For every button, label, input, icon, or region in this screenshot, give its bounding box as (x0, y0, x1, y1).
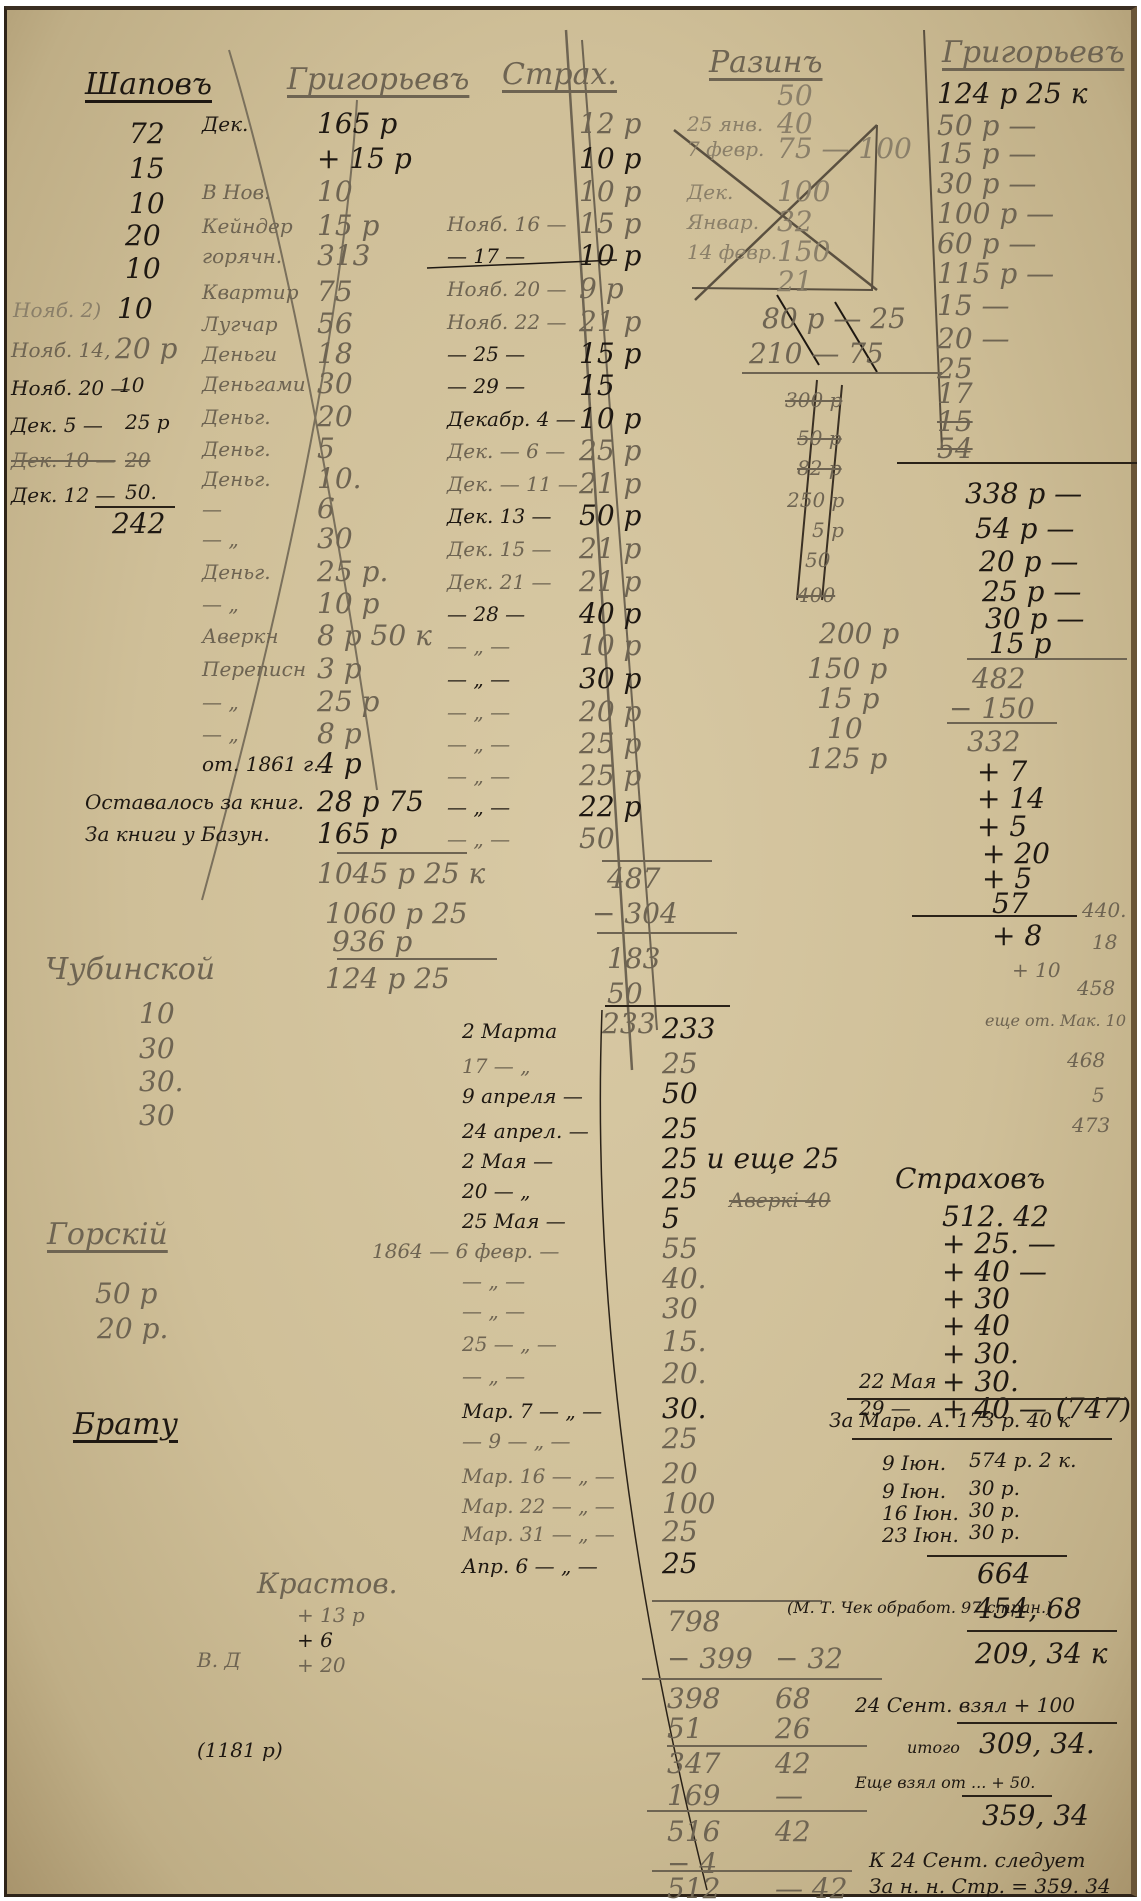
rule-line (642, 1678, 882, 1680)
rule-line (667, 1745, 867, 1747)
grigoriev-row-amount: 4 р (317, 750, 362, 778)
strakhov-1864-date: Мар. 16 — „ — (462, 1466, 615, 1486)
strakhov-row-amount: 21 р (579, 535, 641, 563)
grigoriev-row-amount: 20 (317, 403, 353, 431)
grigoriev-row-label: Аверкн (202, 626, 279, 646)
krastov-initials: В. Д (197, 1650, 241, 1670)
strakhov-row-date: — 28 — (447, 604, 525, 624)
strakhov-calc-value: 233 (602, 1010, 655, 1038)
strakhov-1864-amount: 55 (662, 1235, 698, 1263)
strakhov-1864-date: Мар. 7 — „ — (462, 1401, 602, 1421)
grigoriev-sum: 1045 р 25 к (317, 860, 485, 888)
grigoriev-row-amount: 10 (317, 178, 353, 206)
grigoriev-row-amount: 3 р (317, 655, 362, 683)
grigoriev-right-minus: − 150 (949, 695, 1035, 723)
june-amount: 30 р. (969, 1478, 1020, 1498)
grigoriev-line2: 1060 р 25 (325, 900, 468, 928)
strakhov-1864-amount: 20 (662, 1460, 698, 1488)
razin-crossed-amount: 50 (777, 82, 813, 110)
strakhov-row-date: — „ — (447, 636, 510, 656)
grigoriev-right-side-calc: еще от. Мак. 10 (985, 1013, 1126, 1029)
strakhov-1864-amount: 233 (662, 1015, 715, 1043)
strakhov-1864-amount: 25 (662, 1175, 698, 1203)
strakhov-minus: 454, 68 (975, 1595, 1082, 1623)
grigoriev-right-row: 124 р 25 к (937, 80, 1087, 108)
shapov-date: Дек. 12 — (11, 485, 116, 505)
grigoriev-row-label: Деньг. (202, 469, 271, 489)
grigoriev-right-row: 100 р — (937, 200, 1054, 228)
grigoriev-right-total: 482 (972, 665, 1025, 693)
final-value: 359, 34 (982, 1802, 1089, 1830)
razin-crossed-amount: 75 — 100 (777, 135, 912, 163)
strakhov-1864-amount: 100 (662, 1490, 715, 1518)
strakhov-1864-date: 9 апреля — (462, 1086, 583, 1106)
strakhov-1864-calc-left: 347 (667, 1750, 720, 1778)
grigoriev-header: Григорьевъ (287, 65, 469, 95)
strakhov-row-date: Декабр. 4 — (447, 409, 576, 429)
chubinskiy-value: 30 (139, 1035, 175, 1063)
strakhov-row-amount: 15 (579, 372, 615, 400)
strakhov-1864-date: Апр. 6 — „ — (462, 1556, 598, 1576)
razin-crossed-label: 14 февр. (687, 242, 777, 262)
strakhov-1864-date: 2 Марта (462, 1021, 557, 1041)
shapov-value: 20 (125, 222, 161, 250)
strakhov-1864-calc-left: 398 (667, 1685, 720, 1713)
strakhov-row-amount: 25 р (579, 762, 641, 790)
strakhov-1864-amount: 25 (662, 1425, 698, 1453)
strakhov-1864-calc-right: — 42 (775, 1875, 848, 1901)
itogo-label: итого (907, 1740, 960, 1756)
razin-crossed-label: Январ. (687, 212, 759, 232)
grigoriev-row-label: горячн. (202, 246, 282, 266)
grigoriev-row-amount: 10 р (317, 590, 379, 618)
strakhov-row-amount: 15 р (579, 340, 641, 368)
strakhov-row-date: Дек. 21 — (447, 572, 552, 592)
strakhov-row-date: — 29 — (447, 376, 525, 396)
razin-list-item: 125 р (807, 745, 887, 773)
chubinskiy-value: 30 (139, 1102, 175, 1130)
strakhov-right-amount: + 25. — (942, 1230, 1056, 1258)
shapov-date: Нояб. 2) (13, 300, 101, 320)
rule-line (652, 1870, 852, 1872)
grigoriev-right-subtotal-row: 54 р — (975, 515, 1074, 543)
chubinskiy-value: 30. (139, 1068, 184, 1096)
shapov-value: 15 (129, 155, 165, 183)
june-date: 23 Іюн. (882, 1525, 959, 1545)
rule-line (912, 915, 1077, 917)
strakhov-row-amount: 10 р (579, 242, 641, 270)
footer-note-2: За н. н. Стр. = 359. 34 (869, 1876, 1111, 1896)
strakhov-1864-date: — „ — (462, 1301, 525, 1321)
gorskiy-value: 20 р. (97, 1315, 168, 1343)
razin-crossed-list-item: 300 р (785, 390, 842, 410)
strakhov-row-amount: 15 р (579, 210, 641, 238)
grigoriev-row-amount: 8 р (317, 720, 362, 748)
grigoriev-row-amount: 165 р (317, 820, 397, 848)
strakhov-1864-calc-right: 42 (775, 1818, 811, 1846)
strakhov-1864-date: 1864 — 6 февр. — (372, 1241, 559, 1261)
strakhov-row-date: — „ — (447, 766, 510, 786)
strakhov-row-amount: 25 р (579, 437, 641, 465)
razin-header: Разинъ (709, 48, 823, 78)
strakhov-row-amount: 30 р (579, 665, 641, 693)
razin-row-amount: 80 р — 25 (762, 305, 906, 333)
strakhov-row-date: — „ — (447, 829, 510, 849)
bratu-bracket-total: (1181 р) (197, 1740, 283, 1760)
shapov-amount: 10 (117, 295, 153, 323)
grigoriev-right-header: Григорьевъ (942, 38, 1124, 68)
strakhov-1864-calc-right: — (775, 1782, 803, 1810)
footer-note-1: К 24 Сент. следует (869, 1850, 1085, 1870)
razin-crossed-amount: 21 (777, 268, 813, 296)
strakhov-1864-calc-left: 798 (667, 1608, 720, 1636)
strakhov-row-amount: 25 р (579, 730, 641, 758)
razin-crossed-list-item: 5 р (812, 520, 844, 540)
grigoriev-row-amount: 15 р (317, 212, 379, 240)
rule-line (647, 1810, 867, 1812)
sept-note: 24 Сент. взял + 100 (855, 1695, 1075, 1715)
shapov-amount-struck: 20 (125, 450, 150, 470)
strakhov-row-amount: 50 (579, 825, 615, 853)
shapov-amount: 10 (119, 375, 144, 395)
shapov-amount: 20 р (115, 335, 177, 363)
strakhov-1864-date: 25 Мая — (462, 1211, 566, 1231)
strakhov-1864-date: 20 — „ (462, 1181, 531, 1201)
strakhov-result: 209, 34 к (975, 1640, 1108, 1668)
strakhov-row-amount: 22 р (579, 793, 641, 821)
strakhov-calc-value: 487 (607, 865, 660, 893)
grigoriev-row-label: Деньг. (202, 407, 271, 427)
grigoriev-row-amount: 75 (317, 278, 353, 306)
shapov-header: Шаповъ (85, 70, 212, 100)
strakhov-1864-date: — 9 — „ — (462, 1431, 571, 1451)
grigoriev-right-row: 20 — (937, 325, 1010, 353)
strakhov-row-date: — „ — (447, 669, 510, 689)
grigoriev-row-label: — „ (202, 724, 239, 744)
grigoriev-right-side-calc: 18 (1092, 932, 1117, 952)
grigoriev-row-label: — „ (202, 529, 239, 549)
strakhov-row-amount: 9 р (579, 275, 624, 303)
strakhov-1864-amount: 25 (662, 1550, 698, 1578)
strakhov-1864-calc-left: 51 (667, 1715, 703, 1743)
strakhov-row-date: Дек. — 11 — (447, 474, 578, 494)
strakhov-1864-date: Мар. 22 — „ — (462, 1496, 615, 1516)
razin-crossed-list-item: 250 р (787, 490, 844, 510)
razin-crossed-label: Дек. (687, 182, 733, 202)
grigoriev-row-label: За книги у Базун. (85, 824, 270, 844)
averkiy-note: Аверкі 40 (729, 1190, 831, 1210)
grigoriev-right-subtotal-row: 20 р — (979, 548, 1078, 576)
shapov-date: Нояб. 14, (11, 340, 110, 360)
strakhov-1864-amount: 25 (662, 1518, 698, 1546)
rule-line (605, 1005, 730, 1007)
june-amount: 30 р. (969, 1500, 1020, 1520)
grigoriev-row-amount: 6 (317, 495, 335, 523)
krastov-add: + 13 р (297, 1605, 365, 1625)
grigoriev-right-side-calc: 458 (1077, 978, 1115, 998)
bratu-header: Брату (73, 1410, 178, 1440)
strakhov-right-amount: + 40 (942, 1312, 1010, 1340)
rule-line (337, 958, 497, 960)
rule-line (597, 932, 737, 934)
strakhov-1864-amount: 25 (662, 1050, 698, 1078)
strakhov-row-amount: 10 р (579, 145, 641, 173)
strakhov-row-date: — „ — (447, 734, 510, 754)
krastov-header: Крастов. (257, 1570, 398, 1598)
strakhov-1864-amount: 30 (662, 1295, 698, 1323)
grigoriev-row-label: — „ (202, 594, 239, 614)
shapov-total: 242 (112, 510, 165, 538)
june-amount: 574 р. 2 к. (969, 1450, 1076, 1470)
grigoriev-row-label: Деньги (202, 344, 277, 364)
strakhov-row-date: — 25 — (447, 344, 525, 364)
grigoriev-line3: 936 р (332, 928, 412, 956)
strakhov-row-date: Дек. 15 — (447, 539, 552, 559)
strakhov-row-date: Нояб. 20 — (447, 279, 566, 299)
razin-crossed-label: 7 февр. (687, 139, 764, 159)
grigoriev-row-label: — „ (202, 692, 239, 712)
razin-crossed-list-item: 400 (797, 585, 835, 605)
more-note: Еще взял от ... + 50. (855, 1775, 1035, 1791)
grigoriev-right-after: 332 (967, 728, 1020, 756)
itogo-value: 309, 34. (979, 1730, 1095, 1758)
manuscript-page: Шаповъ 72 15 10 20 10 Нояб. 2) 10 Нояб. … (4, 6, 1137, 1897)
grigoriev-row-label: — (202, 499, 222, 519)
strakhov-header: Страх. (502, 60, 617, 90)
strakhov-row-date: Нояб. 16 — (447, 214, 566, 234)
grigoriev-row-label: Оставалось за книг. (85, 792, 304, 812)
strakhov-row-amount: 21 р (579, 568, 641, 596)
strakhov-row-date: Нояб. 22 — (447, 312, 566, 332)
grigoriev-row-amount: 18 (317, 340, 353, 368)
grigoriev-row-label: Квартир (202, 282, 299, 302)
strakhov-1864-calc-left: 516 (667, 1818, 720, 1846)
razin-crossed-amount: 32 (777, 208, 813, 236)
strakhov-row-amount: 10 р (579, 178, 641, 206)
rule-line (897, 462, 1137, 464)
grigoriev-right-row: 60 р — (937, 230, 1036, 258)
grigoriev-row-amount: + 15 р (317, 145, 412, 173)
grigoriev-row-label: В Нов. (202, 182, 271, 202)
strakhov-1864-amount: 25 и еще 25 (662, 1145, 839, 1173)
strakhov-1864-amount: 40. (662, 1265, 707, 1293)
strakhov-1864-date: 17 — „ (462, 1056, 531, 1076)
strakhov-1864-amount: 30. (662, 1395, 707, 1423)
grigoriev-right-add: 57 (992, 890, 1028, 918)
shapov-value: 72 (129, 120, 165, 148)
grigoriev-right-subtotal-row: 15 р (989, 630, 1051, 658)
strakhov-row-date: — „ — (447, 702, 510, 722)
grigoriev-right-add: + 14 (977, 785, 1045, 813)
grigoriev-row-label: Кейндер (202, 216, 293, 236)
grigoriev-right-side-calc: 473 (1072, 1115, 1110, 1135)
grigoriev-row-amount: 10. (317, 465, 362, 493)
strakhov-1864-calc-right: 68 (775, 1685, 811, 1713)
strakhov-row-amount: 12 р (579, 110, 641, 138)
grigoriev-row-label: Дек. (202, 114, 248, 134)
marfa-note: За Марѳ. А. 173 р. 40 к (829, 1410, 1070, 1430)
grigoriev-result: 124 р 25 (325, 965, 450, 993)
grigoriev-row-amount: 28 р 75 (317, 788, 424, 816)
grigoriev-row-amount: 56 (317, 310, 353, 338)
grigoriev-right-row: 50 р — (937, 112, 1036, 140)
razin-list-item: 15 р (817, 685, 879, 713)
razin-list-item: 150 р (807, 655, 887, 683)
grigoriev-row-amount: 165 р (317, 110, 397, 138)
razin-list-item: 200 р (819, 620, 899, 648)
strakhov-row-amount: 21 р (579, 470, 641, 498)
grigoriev-right-side-calc: 440. (1082, 900, 1127, 920)
grigoriev-row-amount: 30 (317, 525, 353, 553)
razin-crossed-list-item: 82 р (797, 458, 842, 478)
strakhov-calc-value: 50 (607, 980, 643, 1008)
strakhov-1864-date: — „ — (462, 1271, 525, 1291)
strakhov-right-amount: + 30. (942, 1340, 1019, 1368)
strakhov-1864-calc-right: 26 (775, 1715, 811, 1743)
gorskiy-value: 50 р (95, 1280, 157, 1308)
rule-line (967, 658, 1127, 660)
strakhov-row-amount: 21 р (579, 308, 641, 336)
grigoriev-row-amount: 25 р (317, 688, 379, 716)
strakhov-1864-calc-right: 42 (775, 1750, 811, 1778)
grigoriev-right-row: 17 (937, 380, 973, 408)
shapov-date-struck: Дек. 10 — (11, 450, 116, 470)
rule-line (337, 852, 467, 854)
shapov-amount: 50. (125, 482, 157, 502)
strakhov-1864-date: 24 апрел. — (462, 1121, 589, 1141)
shapov-value: 10 (129, 190, 165, 218)
grigoriev-right-add: + 8 (992, 922, 1042, 950)
june-date: 9 Іюн. (882, 1453, 946, 1473)
strakhov-1864-amount: 20. (662, 1360, 707, 1388)
shapov-date: Дек. 5 — (11, 415, 103, 435)
strakhov-1864-amount: 15. (662, 1328, 707, 1356)
rule-line (947, 722, 1057, 724)
strakhov-row-date: Дек. 13 — (447, 506, 552, 526)
grigoriev-row-amount: 5 (317, 435, 335, 463)
razin-crossed-list-item: 50 (805, 550, 830, 570)
grigoriev-row-amount: 8 р 50 к (317, 622, 432, 650)
grigoriev-row-label: Переписн (202, 659, 306, 679)
strakhov-right-header: Страховъ (895, 1165, 1045, 1193)
grigoriev-row-label: Лугчар (202, 314, 278, 334)
strakhov-row-amount: 40 р (579, 600, 641, 628)
grigoriev-right-row: 15 — (937, 292, 1010, 320)
strakhov-calc-value: 183 (607, 945, 660, 973)
strakhov-row-date: — „ — (447, 797, 510, 817)
razin-row-amount: 210 — 75 (749, 340, 884, 368)
strakhov-subtotal: 664 (977, 1560, 1030, 1588)
strakhov-1864-calc-left: 512 (667, 1875, 720, 1901)
grigoriev-right-side-calc: + 10 (1012, 960, 1061, 980)
razin-crossed-label: 25 янв. (687, 114, 763, 134)
grigoriev-right-row: 115 р — (937, 260, 1054, 288)
grigoriev-right-row: 54 (937, 435, 973, 463)
razin-list-item: 10 (827, 715, 863, 743)
gorskiy-header: Горскій (47, 1220, 168, 1250)
grigoriev-row-amount: 30 (317, 370, 353, 398)
chubinskiy-value: 10 (139, 1000, 175, 1028)
grigoriev-right-row: 15 р — (937, 140, 1036, 168)
grigoriev-row-label: Деньг. (202, 439, 271, 459)
strakhov-1864-amount: 5 (662, 1205, 680, 1233)
grigoriev-row-label: от. 1861 г. (202, 754, 319, 774)
rule-line (742, 372, 942, 374)
strakhov-1864-date: 2 Мая — (462, 1151, 553, 1171)
strakhov-row-amount: 50 р (579, 502, 641, 530)
krastov-add: + 6 (297, 1630, 333, 1650)
strakhov-row-date: — 17 — (447, 246, 525, 266)
grigoriev-right-side-calc: 468 (1067, 1050, 1105, 1070)
razin-crossed-list-item: 50 р (797, 428, 842, 448)
strakhov-right-date: 22 Мая (859, 1371, 936, 1391)
grigoriev-row-label: Деньг. (202, 562, 271, 582)
strakhov-1864-date: Мар. 31 — „ — (462, 1524, 615, 1544)
strakhov-1864-date: 25 — „ — (462, 1334, 557, 1354)
strakhov-row-amount: 10 р (579, 405, 641, 433)
strakhov-1864-calc-right: − 32 (775, 1645, 843, 1673)
shapov-amount: 25 р (125, 412, 170, 432)
grigoriev-right-subtotal-row: 338 р — (965, 480, 1082, 508)
razin-crossed-amount: 150 (777, 238, 830, 266)
shapov-date: Нояб. 20 — (11, 378, 130, 398)
june-date: 9 Іюн. (882, 1481, 946, 1501)
krastov-add: + 20 (297, 1655, 346, 1675)
grigoriev-row-label: Деньгами (202, 374, 306, 394)
strakhov-1864-calc-left: 169 (667, 1782, 720, 1810)
strakhov-1864-calc-left: − 399 (667, 1645, 753, 1673)
june-amount: 30 р. (969, 1522, 1020, 1542)
chubinskiy-header: Чубинской (45, 955, 215, 985)
strakhov-1864-date: — „ — (462, 1366, 525, 1386)
strakhov-1864-amount: 25 (662, 1115, 698, 1143)
grigoriev-row-amount: 313 (317, 242, 370, 270)
strakhov-1864-amount: 50 (662, 1080, 698, 1108)
grigoriev-row-amount: 25 р. (317, 558, 388, 586)
shapov-value: 10 (125, 255, 161, 283)
strakhov-row-amount: 10 р (579, 632, 641, 660)
grigoriev-right-row: 30 р — (937, 170, 1036, 198)
strakhov-calc-value: − 304 (592, 900, 678, 928)
june-date: 16 Іюн. (882, 1503, 959, 1523)
grigoriev-right-side-calc: 5 (1092, 1085, 1105, 1105)
razin-crossed-amount: 100 (777, 178, 830, 206)
strakhov-row-date: Дек. — 6 — (447, 441, 565, 461)
strakhov-row-amount: 20 р (579, 698, 641, 726)
